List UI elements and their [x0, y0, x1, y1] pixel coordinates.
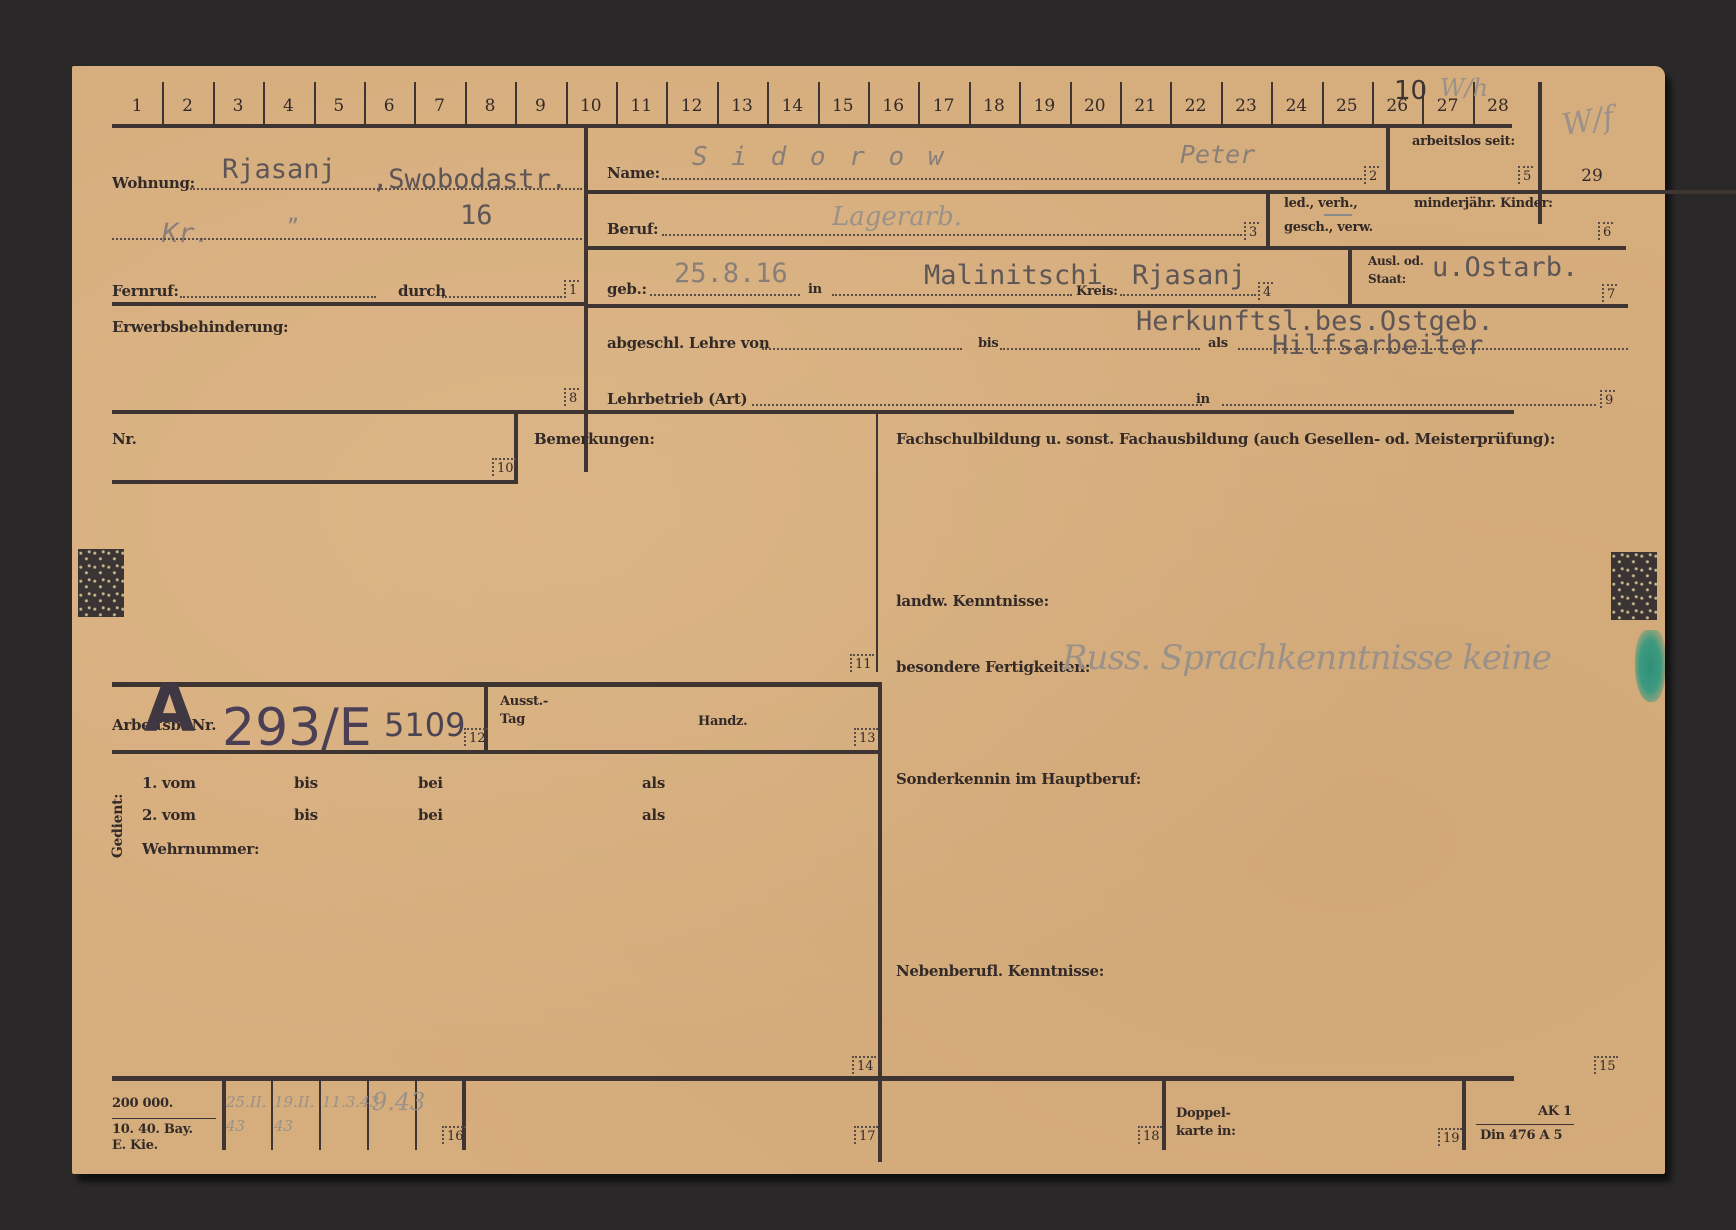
arbeitsbuch-stamp-letter: A: [144, 670, 195, 747]
family-divider: [1266, 192, 1270, 248]
handz-label: Handz.: [698, 714, 747, 729]
nr-label: Nr.: [112, 430, 137, 448]
footer-divider-2: [271, 1078, 273, 1150]
field-number-17: 17: [854, 1126, 878, 1144]
beruf-label: Beruf:: [607, 220, 658, 238]
column-number-19: 19: [1019, 96, 1069, 116]
lehrbetrieb-dotline: [752, 404, 1202, 406]
top-left-divider: [584, 126, 588, 472]
column-number-5: 5: [314, 96, 364, 116]
field-number-12: 12: [464, 728, 488, 746]
lehre-dotline: [762, 348, 962, 350]
wohnung-kr[interactable]: Kr.: [162, 218, 211, 249]
arbeitslos-label: arbeitslos seit:: [1412, 134, 1515, 149]
nr-rule: [112, 480, 518, 484]
ausl-label-1: Ausl. od.: [1368, 254, 1424, 268]
bis-dotline: [1000, 348, 1200, 350]
doppelkarte-label-1: Doppel-: [1176, 1106, 1231, 1121]
firstname-value[interactable]: Peter: [1180, 140, 1255, 169]
print-info-2: E. Kie.: [112, 1138, 158, 1153]
column-number-7: 7: [414, 96, 464, 116]
footer-date-2: 19.II. 43: [274, 1090, 318, 1138]
kreis-label: Kreis:: [1076, 284, 1118, 299]
field-number-2: 2: [1364, 166, 1379, 184]
beruf-rule: [586, 246, 1626, 250]
beruf-dotline: [662, 234, 1242, 236]
beruf-value[interactable]: Lagerarb.: [832, 202, 962, 232]
footer-divider-8: [1462, 1078, 1466, 1150]
als-value[interactable]: Hilfsarbeiter: [1272, 330, 1483, 361]
column-number-22: 22: [1170, 96, 1220, 116]
footer-divider-7: [1162, 1078, 1166, 1150]
field-number-6: 6: [1598, 222, 1613, 240]
wehrnummer-label: Wehrnummer:: [142, 840, 259, 858]
erwerbs-rule: [112, 410, 1514, 414]
birthplace-dotline: [832, 294, 1072, 296]
column-number-25: 25: [1322, 96, 1372, 116]
field-number-7: 7: [1602, 284, 1617, 302]
column-number-4: 4: [263, 96, 313, 116]
column-number-21: 21: [1120, 96, 1170, 116]
field-number-3: 3: [1244, 222, 1259, 240]
footer-divider-4: [367, 1078, 369, 1150]
lehrbetrieb-in-dotline: [1222, 404, 1596, 406]
tag-label: Tag: [500, 712, 525, 727]
right-index-tab: [1611, 552, 1657, 620]
erwerbsbehinderung-label: Erwerbsbehinderung:: [112, 318, 288, 336]
nebenberuf-kenntnisse-label: Nebenberufl. Kenntnisse:: [896, 962, 1104, 980]
kreis-value[interactable]: Rjasanj: [1132, 260, 1246, 291]
surname-value[interactable]: S i d o r o w: [692, 142, 948, 172]
bottom-rule: [112, 1076, 1514, 1081]
footer-date-1: 25.II. 43: [226, 1090, 270, 1138]
column-number-1: 1: [112, 96, 162, 116]
fachschulbildung-label: Fachschulbildung u. sonst. Fachausbildun…: [896, 430, 1555, 448]
wohnung-ditto: ”: [287, 214, 299, 238]
durch-label: durch: [398, 282, 446, 300]
middle-divider: [878, 684, 882, 1162]
verh-underline: [1324, 214, 1352, 216]
family-status-label-2: gesch., verw.: [1284, 220, 1373, 235]
field-number-1: 1: [564, 280, 579, 298]
column-number-6: 6: [364, 96, 414, 116]
field-number-11: 11: [850, 654, 874, 672]
fernruf-label: Fernruf:: [112, 282, 179, 300]
field-number-13: 13: [854, 728, 878, 746]
gedient-row-1-als: als: [642, 774, 665, 792]
name-rule: [586, 190, 1736, 194]
column-number-13: 13: [717, 96, 767, 116]
geb-in-label: in: [808, 282, 822, 297]
ausl-divider: [1348, 248, 1352, 306]
wohnung-dotline-2: [112, 238, 582, 240]
column-number-20: 20: [1070, 96, 1120, 116]
field-number-8: 8: [564, 388, 579, 406]
footer-date-4: 9.43: [372, 1090, 416, 1114]
lehrbetrieb-in-label: in: [1196, 392, 1210, 407]
print-run-underline: [112, 1118, 216, 1119]
column-number-24: 24: [1271, 96, 1321, 116]
fernruf-dotline: [180, 296, 376, 298]
field-number-15: 15: [1594, 1056, 1618, 1074]
lehre-label: abgeschl. Lehre von: [607, 334, 769, 352]
wohnung-street[interactable]: ,Swobodastr.: [372, 164, 567, 195]
column-number-12: 12: [666, 96, 716, 116]
field-number-16: 16: [442, 1126, 466, 1144]
gedient-row-1-bis: bis: [294, 774, 318, 792]
gedient-row-2-bei: bei: [418, 806, 443, 824]
pencil-mark-27: W/h: [1440, 74, 1488, 102]
wohnung-number[interactable]: 16: [460, 200, 493, 231]
footer-date-3: 11.3.43: [322, 1090, 366, 1114]
lehre-bis-label: bis: [978, 336, 998, 351]
kreis-dotline: [1120, 294, 1256, 296]
name-rule-ext: [1386, 190, 1520, 194]
sonderkenntnisse-label: Sonderkennin im Hauptberuf:: [896, 770, 1141, 788]
column-number-17: 17: [918, 96, 968, 116]
geb-dotline: [650, 294, 800, 296]
arbeitsbuch-number[interactable]: 5109: [384, 706, 465, 744]
middle-divider-top: [876, 412, 878, 672]
lehrbetrieb-label: Lehrbetrieb (Art): [607, 390, 747, 408]
column-number-16: 16: [868, 96, 918, 116]
column-number-10: 10: [566, 96, 616, 116]
gedient-row-1-n: 1. vom: [142, 774, 196, 792]
registration-card: 1234567891011121314151617181920212223242…: [72, 66, 1665, 1174]
gedient-row-1-bei: bei: [418, 774, 443, 792]
column-number-11: 11: [616, 96, 666, 116]
landw-kenntnisse-label: landw. Kenntnisse:: [896, 592, 1049, 610]
column-number-2: 2: [162, 96, 212, 116]
stamp-10: 10: [1394, 76, 1427, 106]
besondere-fertigkeiten-value[interactable]: Russ. Sprachkenntnisse keine: [1062, 638, 1551, 678]
column-number-3: 3: [213, 96, 263, 116]
green-ink-stamp: [1635, 630, 1665, 702]
lehre-als-label: als: [1208, 336, 1228, 351]
wohnung-label: Wohnung:: [112, 174, 195, 192]
arbeitsbuch-bottom-rule: [112, 750, 882, 754]
column-number-8: 8: [465, 96, 515, 116]
field-number-4: 4: [1258, 282, 1273, 300]
print-run: 200 000.: [112, 1096, 173, 1111]
family-status-label-1: led., verh.,: [1284, 196, 1357, 211]
column-number-23: 23: [1221, 96, 1271, 116]
column-number-15: 15: [818, 96, 868, 116]
pencil-mark-29: W/f: [1559, 100, 1616, 144]
geb-value[interactable]: 25.8.16: [674, 258, 788, 289]
form-code-underline: [1476, 1124, 1574, 1125]
column-number-18: 18: [969, 96, 1019, 116]
din-code: Din 476 A 5: [1480, 1128, 1562, 1143]
left-index-tab: [78, 549, 124, 617]
column-number-14: 14: [767, 96, 817, 116]
gedient-row-2-n: 2. vom: [142, 806, 196, 824]
ausl-value[interactable]: u.Ostarb.: [1432, 252, 1578, 283]
column-number-9: 9: [515, 96, 565, 116]
gedient-side-label: Gedient:: [110, 794, 126, 858]
geb-label: geb.:: [607, 280, 647, 298]
gedient-row-2-bis: bis: [294, 806, 318, 824]
bemerkungen-label: Bemerkungen:: [534, 430, 655, 448]
arbeitsbuch-top-rule: [112, 682, 882, 687]
doppelkarte-label-2: karte in:: [1176, 1124, 1236, 1139]
arbeitslos-divider: [1386, 126, 1390, 192]
footer-divider-3: [319, 1078, 321, 1150]
field-number-10: 10: [492, 458, 516, 476]
ausl-label-2: Staat:: [1368, 272, 1406, 286]
name-label: Name:: [607, 164, 660, 182]
fernruf-rule: [112, 302, 586, 306]
header-rule: [112, 124, 1512, 128]
col-29-number: 29: [1572, 166, 1612, 186]
field-number-5: 5: [1518, 166, 1533, 184]
name-dotline: [662, 178, 1362, 180]
ausst-label: Ausst.-: [500, 694, 548, 709]
field-number-9: 9: [1600, 390, 1615, 408]
gedient-row-2-als: als: [642, 806, 665, 824]
durch-dotline: [442, 296, 562, 298]
print-info-1: 10. 40. Bay.: [112, 1122, 193, 1137]
kinder-label: minderjähr. Kinder:: [1414, 196, 1553, 211]
form-code: AK 1: [1538, 1104, 1572, 1119]
field-number-18: 18: [1138, 1126, 1162, 1144]
field-number-14: 14: [852, 1056, 876, 1074]
field-number-19: 19: [1438, 1128, 1462, 1146]
wohnung-city[interactable]: Rjasanj: [222, 154, 336, 185]
arbeitsbuch-stamp-number: 293/E: [222, 698, 372, 758]
